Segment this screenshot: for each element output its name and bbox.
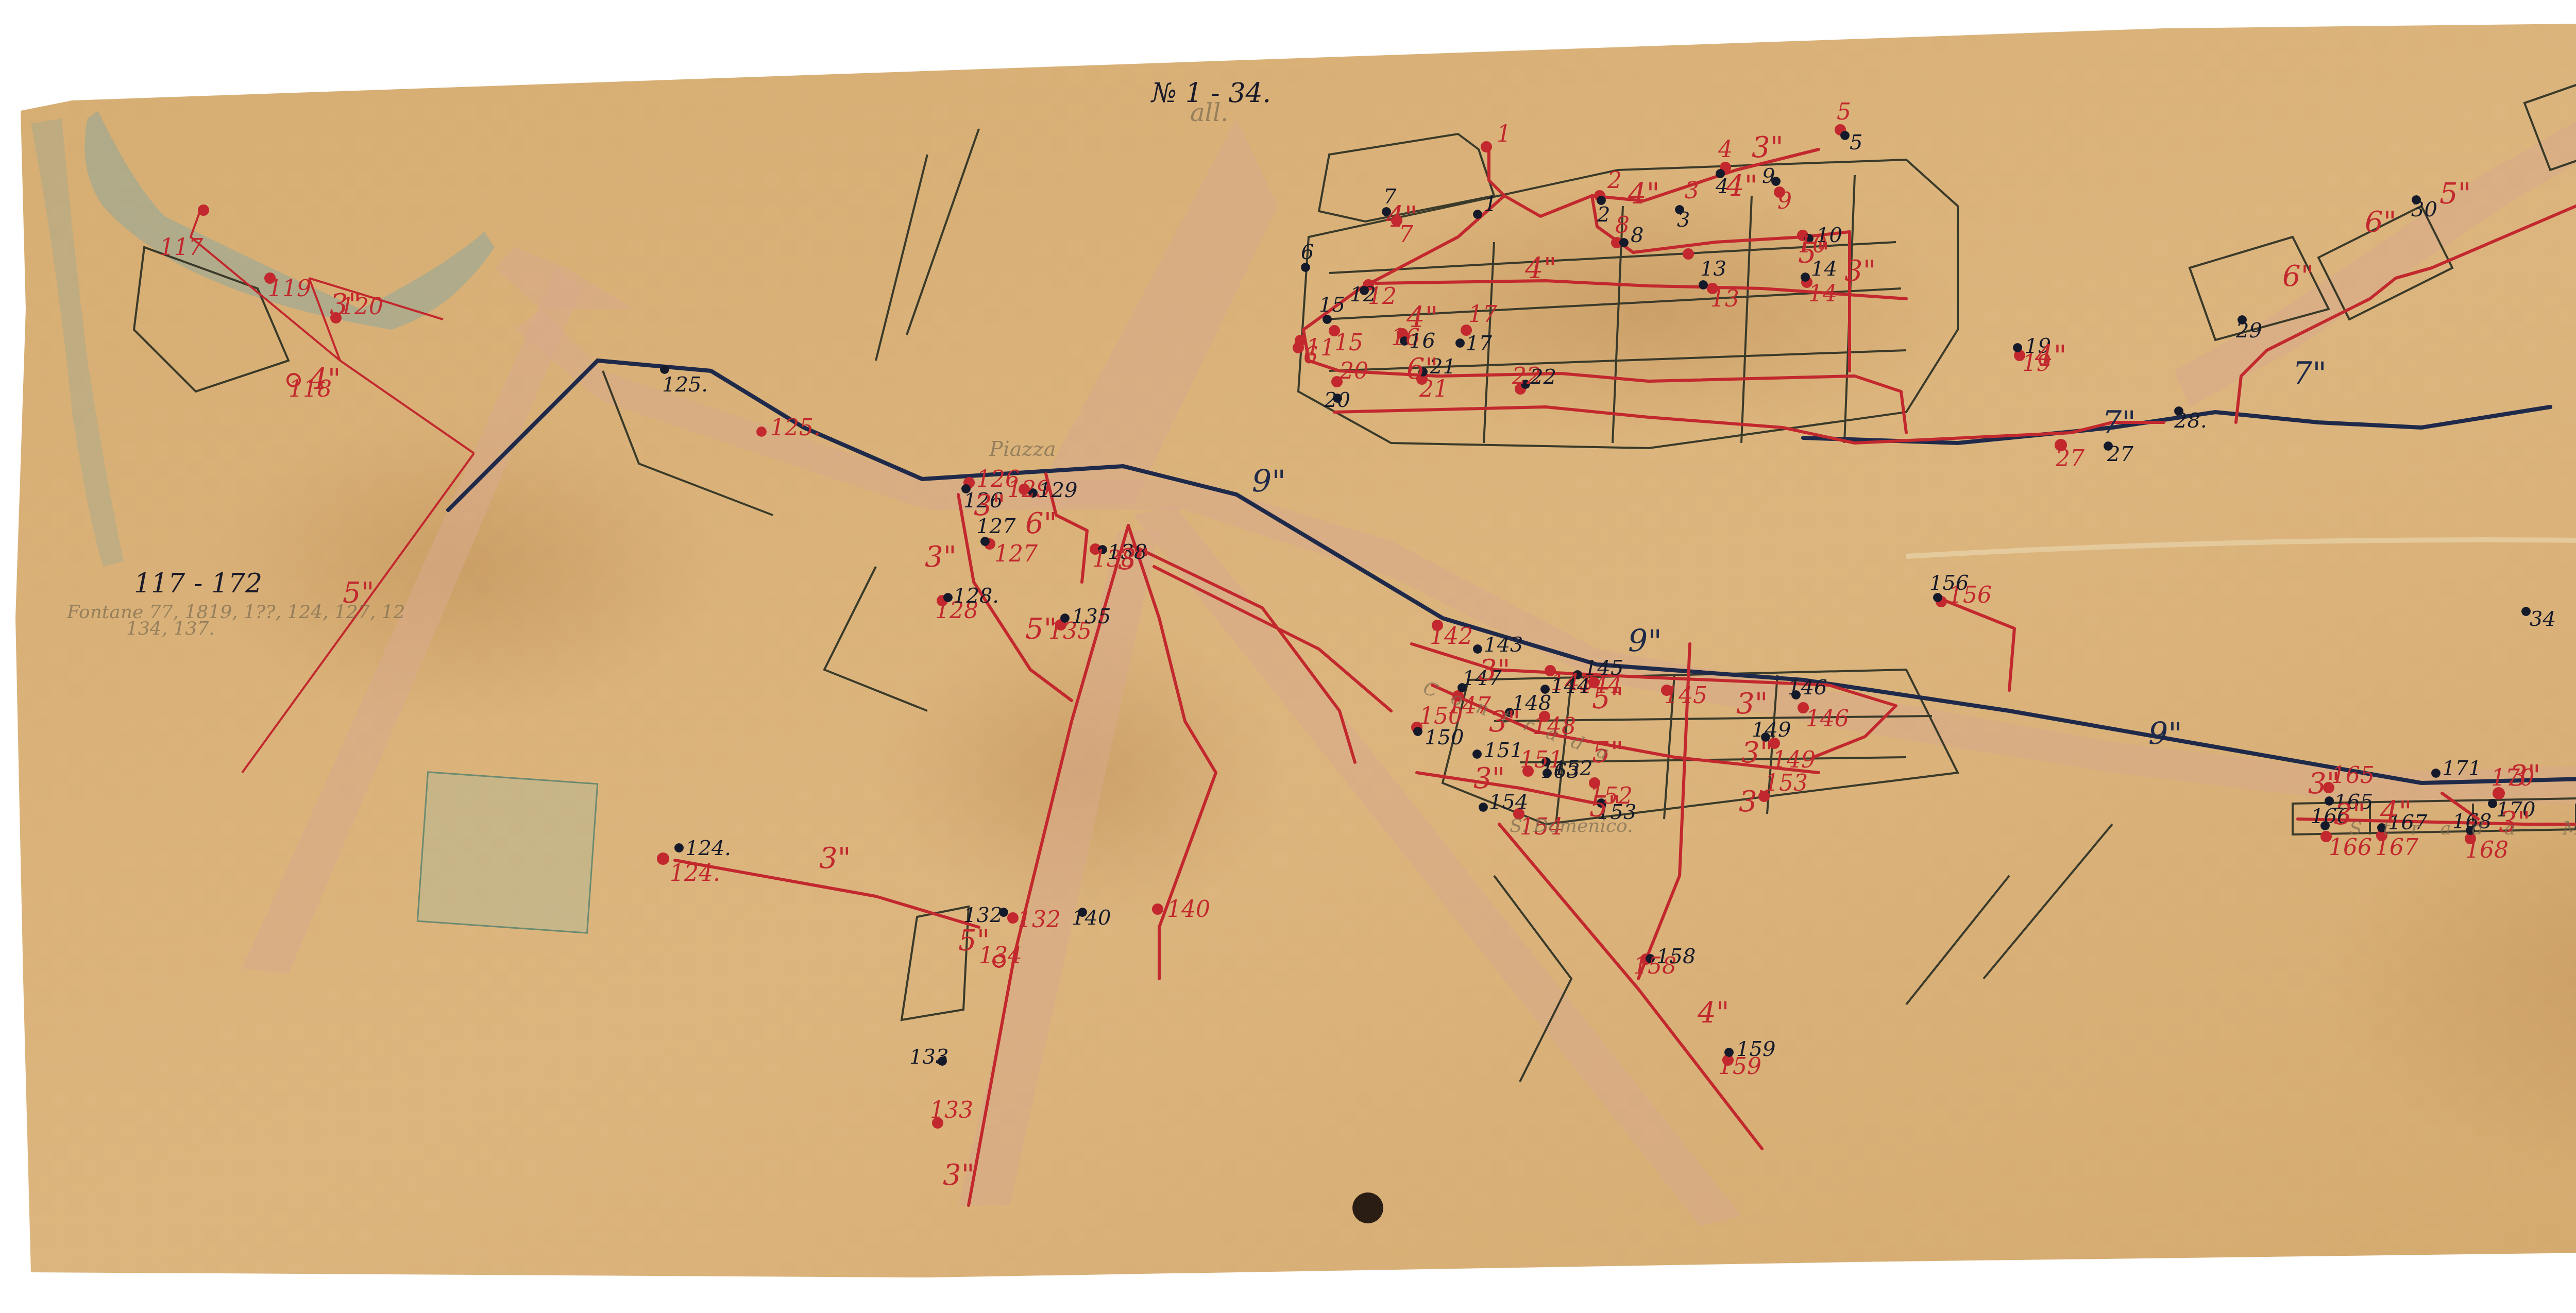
svg-text:8: 8 (1631, 224, 1643, 247)
svg-text:3": 3" (1741, 736, 1773, 770)
street-label-strada: Strada Maestra (2349, 818, 2576, 839)
svg-text:5": 5" (2439, 177, 2471, 211)
svg-text:22: 22 (1530, 365, 1556, 389)
svg-text:3": 3" (2509, 759, 2540, 793)
svg-text:3": 3" (330, 288, 361, 321)
svg-text:3: 3 (1677, 208, 1690, 232)
svg-text:129: 129 (1038, 479, 1077, 502)
sheet-range-left: 117 - 172 (134, 568, 262, 599)
svg-text:5: 5 (1837, 99, 1851, 125)
svg-text:6: 6 (1301, 241, 1314, 264)
svg-text:34: 34 (2530, 607, 2556, 631)
svg-text:5": 5" (1798, 236, 1829, 270)
svg-text:4": 4" (1406, 301, 1438, 334)
svg-text:142: 142 (1430, 623, 1473, 650)
left-pencil-note-2: 134, 137. (126, 618, 215, 639)
svg-text:4": 4" (1524, 252, 1556, 285)
svg-text:28.: 28. (2174, 409, 2207, 433)
red-node-1[interactable] (1481, 141, 1492, 152)
svg-text:3": 3" (1739, 785, 1770, 819)
red-node-3[interactable] (1683, 248, 1694, 260)
svg-text:27: 27 (2055, 446, 2084, 472)
svg-text:4": 4" (1385, 200, 1417, 234)
svg-text:133: 133 (909, 1045, 948, 1069)
svg-text:3": 3" (1752, 131, 1783, 164)
svg-text:133: 133 (930, 1097, 973, 1123)
svg-text:124.: 124. (685, 837, 731, 860)
black-node-13[interactable] (1699, 280, 1708, 289)
svg-text:7": 7" (2102, 404, 2136, 440)
svg-text:4: 4 (1718, 137, 1733, 163)
map-sheet: 1 2 3 4 5 6 7 8 9 10 11 12 13 14 15 16 1… (0, 0, 2576, 1313)
svg-text:15: 15 (1334, 330, 1363, 356)
svg-text:9": 9" (2148, 716, 2182, 752)
svg-text:6": 6" (2365, 206, 2396, 239)
sheet-range-top-sub: all. (1190, 98, 1229, 127)
svg-text:13: 13 (1710, 286, 1739, 312)
black-node-154[interactable] (1479, 803, 1488, 812)
svg-text:5: 5 (1850, 131, 1862, 155)
svg-text:3": 3" (2308, 767, 2340, 800)
svg-text:9: 9 (1762, 164, 1775, 188)
svg-text:146: 146 (1806, 706, 1849, 732)
red-node-117[interactable] (198, 204, 209, 216)
svg-text:159: 159 (1736, 1037, 1775, 1061)
black-node-1[interactable] (1473, 210, 1482, 219)
red-node-140[interactable] (1152, 903, 1163, 915)
black-node-171[interactable] (2431, 769, 2441, 778)
svg-text:6": 6" (1025, 507, 1057, 540)
black-node-19[interactable] (2013, 343, 2022, 352)
svg-text:1: 1 (1484, 193, 1497, 216)
svg-text:5": 5" (958, 924, 990, 958)
svg-text:146: 146 (1788, 676, 1827, 700)
svg-text:17: 17 (1468, 301, 1497, 328)
svg-text:4": 4" (1697, 996, 1729, 1030)
svg-text:3: 3 (1685, 178, 1699, 204)
red-node-124[interactable] (657, 852, 669, 865)
svg-text:156: 156 (1929, 571, 1969, 595)
svg-text:6": 6" (2282, 260, 2314, 293)
svg-text:8: 8 (1615, 212, 1630, 238)
svg-text:117: 117 (160, 234, 203, 261)
svg-text:145: 145 (1584, 656, 1623, 680)
black-node-8[interactable] (1619, 238, 1629, 247)
svg-text:125.: 125. (770, 415, 821, 441)
svg-text:127: 127 (994, 541, 1038, 567)
svg-text:7": 7" (2293, 355, 2327, 391)
svg-text:135: 135 (1072, 605, 1111, 628)
black-node-124[interactable] (674, 843, 684, 852)
black-node-17[interactable] (1455, 338, 1465, 348)
red-node-11[interactable] (1293, 342, 1304, 353)
black-node-5[interactable] (1840, 131, 1850, 140)
svg-text:145: 145 (1664, 683, 1707, 709)
svg-text:4": 4" (1628, 177, 1659, 211)
svg-text:171: 171 (2442, 757, 2481, 780)
garden-plot (417, 772, 597, 933)
svg-text:4": 4" (1725, 169, 1757, 203)
piazza-label: Piazza (989, 437, 1056, 461)
svg-text:12: 12 (1350, 283, 1376, 306)
svg-text:3": 3" (974, 489, 1005, 522)
svg-text:140: 140 (1167, 896, 1210, 923)
svg-text:9": 9" (1628, 623, 1662, 659)
svg-text:149: 149 (1772, 747, 1816, 773)
svg-text:3": 3" (1479, 654, 1510, 687)
svg-text:150: 150 (1425, 726, 1464, 749)
svg-text:15: 15 (1319, 293, 1345, 317)
svg-text:6": 6" (1406, 352, 1438, 386)
svg-text:9: 9 (1777, 188, 1792, 214)
svg-text:5": 5" (1025, 612, 1057, 646)
svg-text:3": 3" (1118, 543, 1149, 576)
svg-text:9": 9" (1252, 464, 1286, 500)
svg-text:20: 20 (1339, 358, 1368, 384)
svg-text:30: 30 (2411, 198, 2437, 221)
svg-text:17: 17 (1466, 332, 1492, 355)
svg-text:29: 29 (2235, 319, 2262, 343)
svg-text:3": 3" (1473, 762, 1505, 795)
svg-text:5": 5" (1592, 682, 1623, 715)
red-node-132[interactable] (1007, 912, 1019, 924)
svg-text:11: 11 (1306, 335, 1335, 361)
map-canvas: 1 2 3 4 5 6 7 8 9 10 11 12 13 14 15 16 1… (0, 0, 2576, 1313)
street-label-s-domenico: S. Domenico. (1510, 815, 1633, 837)
svg-text:2: 2 (1597, 203, 1610, 227)
svg-text:2: 2 (1607, 167, 1622, 194)
left-pencil-note: Fontane 77, 1819, 1??, 124, 127, 12 (66, 602, 405, 623)
svg-text:132: 132 (1018, 907, 1061, 933)
svg-text:168: 168 (2465, 837, 2509, 863)
svg-text:4": 4" (2035, 339, 2066, 373)
svg-text:125.: 125. (662, 373, 708, 397)
svg-text:1: 1 (1497, 121, 1511, 147)
svg-text:27: 27 (2107, 442, 2133, 466)
svg-text:128.: 128. (953, 584, 999, 608)
svg-text:4": 4" (309, 363, 341, 396)
black-node-143[interactable] (1473, 644, 1482, 654)
svg-text:163: 163 (1540, 759, 1580, 783)
svg-text:151: 151 (1484, 739, 1523, 762)
ink-blot (1352, 1192, 1383, 1223)
svg-text:3": 3" (1844, 254, 1876, 288)
svg-text:140: 140 (1072, 906, 1111, 930)
red-node-125[interactable] (756, 427, 767, 437)
svg-text:3": 3" (943, 1158, 974, 1192)
svg-text:124.: 124. (670, 860, 720, 886)
svg-text:158: 158 (1656, 945, 1696, 968)
svg-text:119: 119 (268, 276, 311, 302)
svg-text:3": 3" (925, 540, 956, 574)
svg-text:3": 3" (1736, 687, 1768, 721)
svg-text:20: 20 (1324, 388, 1350, 412)
svg-text:13: 13 (1700, 257, 1726, 281)
svg-text:3": 3" (819, 842, 851, 875)
black-node-151[interactable] (1472, 749, 1482, 759)
svg-text:14: 14 (1808, 281, 1837, 307)
svg-text:153: 153 (1765, 770, 1808, 796)
